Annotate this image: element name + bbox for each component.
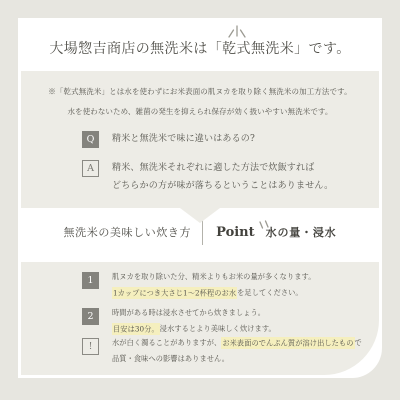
point-1-line1: 肌ヌカを取り除いた分、精米よりもお米の量が多くなります。 bbox=[112, 272, 315, 281]
q-badge: Q bbox=[82, 131, 99, 148]
title-section: 大場惣吉商店の無洗米は「乾式無洗米」です。 bbox=[18, 18, 382, 71]
point-1-text: 肌ヌカを取り除いた分、精米よりもお米の量が多くなります。 1カップにつき大さじ1… bbox=[112, 269, 315, 301]
answer-line1: 精米、無洗米それぞれに適した方法で炊飯すれば bbox=[112, 163, 314, 173]
description-line1: ※「乾式無洗米」とは水を使わずにお米表面の肌ヌカを取り除く無洗米の加工方法です。 bbox=[21, 82, 379, 102]
point-label: Point bbox=[216, 225, 255, 240]
caution-line1-suffix: で bbox=[355, 338, 362, 347]
point-2-badge: 2 bbox=[82, 308, 99, 325]
description-line2: 水を使わないため、雑菌の発生を抑えられ保存が効く扱いやすい無洗米です。 bbox=[21, 102, 379, 122]
sparkle-rays-icon bbox=[257, 220, 270, 235]
page: { "colors": { "outer_bg": "#e7e6e0", "pa… bbox=[0, 0, 400, 400]
points-panel: 1 肌ヌカを取り除いた分、精米よりもお米の量が多くなります。 1カップにつき大さ… bbox=[21, 262, 379, 375]
point-row-caution: ! 水が白く濁ることがありますが、お米表面のでんぷん質が溶け出したもので 品質・… bbox=[82, 335, 362, 367]
heading-left-text: 無洗米の美味しい炊き方 bbox=[64, 224, 192, 240]
page-title: 大場惣吉商店の無洗米は「乾式無洗米」です。 bbox=[18, 18, 382, 58]
a-badge: A bbox=[82, 160, 99, 177]
answer-text: 精米、無洗米それぞれに適した方法で炊飯すれば どちらかの方が味が落ちるということ… bbox=[112, 160, 333, 195]
intro-panel: ※「乾式無洗米」とは水を使わずにお米表面の肌ヌカを取り除く無洗米の加工方法です。… bbox=[21, 71, 379, 208]
caution-line1-prefix: 水が白く濁ることがありますが、 bbox=[112, 338, 221, 347]
answer-line2: どちらかの方が味が落ちるということはありません。 bbox=[112, 181, 333, 191]
caution-text: 水が白く濁ることがありますが、お米表面のでんぷん質が溶け出したもので 品質・食味… bbox=[112, 335, 362, 367]
answer-row: A 精米、無洗米それぞれに適した方法で炊飯すれば どちらかの方が味が落ちるという… bbox=[82, 160, 333, 195]
caution-badge: ! bbox=[82, 338, 99, 355]
question-row: Q 精米と無洗米で味に違いはあるの? bbox=[82, 131, 255, 149]
caution-line2: 品質・食味への影響はありません。 bbox=[112, 354, 229, 363]
point-2-line2-rest: 浸水するとより美味しく炊けます。 bbox=[160, 324, 276, 333]
point-row-1: 1 肌ヌカを取り除いた分、精米よりもお米の量が多くなります。 1カップにつき大さ… bbox=[82, 269, 315, 301]
heading-right-text: 水の量・浸水 bbox=[266, 224, 337, 240]
content-card: 大場惣吉商店の無洗米は「乾式無洗米」です。 ※「乾式無洗米」とは水を使わずにお米… bbox=[18, 18, 382, 378]
notch-triangle bbox=[180, 208, 220, 223]
point-2-text: 時間がある時は浸水させてから炊きましょう。 目安は30分。浸水するとより美味しく… bbox=[112, 305, 276, 337]
point-1-highlight: 1カップにつき大さじ1〜2杯程のお水 bbox=[112, 287, 237, 299]
point-row-2: 2 時間がある時は浸水させてから炊きましょう。 目安は30分。浸水するとより美味… bbox=[82, 305, 276, 337]
point-2-highlight: 目安は30分。 bbox=[112, 323, 160, 335]
question-text: 精米と無洗米で味に違いはあるの? bbox=[112, 131, 255, 149]
sparkle-rays-icon bbox=[226, 23, 248, 43]
point-1-line2-rest: を足してください。 bbox=[237, 288, 303, 297]
point-2-line1: 時間がある時は浸水させてから炊きましょう。 bbox=[112, 308, 265, 317]
description: ※「乾式無洗米」とは水を使わずにお米表面の肌ヌカを取り除く無洗米の加工方法です。… bbox=[21, 71, 379, 122]
point-label-text: Point bbox=[216, 225, 255, 240]
point-1-badge: 1 bbox=[82, 272, 99, 289]
caution-highlight: お米表面のでんぷん質が溶け出したもの bbox=[221, 337, 354, 349]
